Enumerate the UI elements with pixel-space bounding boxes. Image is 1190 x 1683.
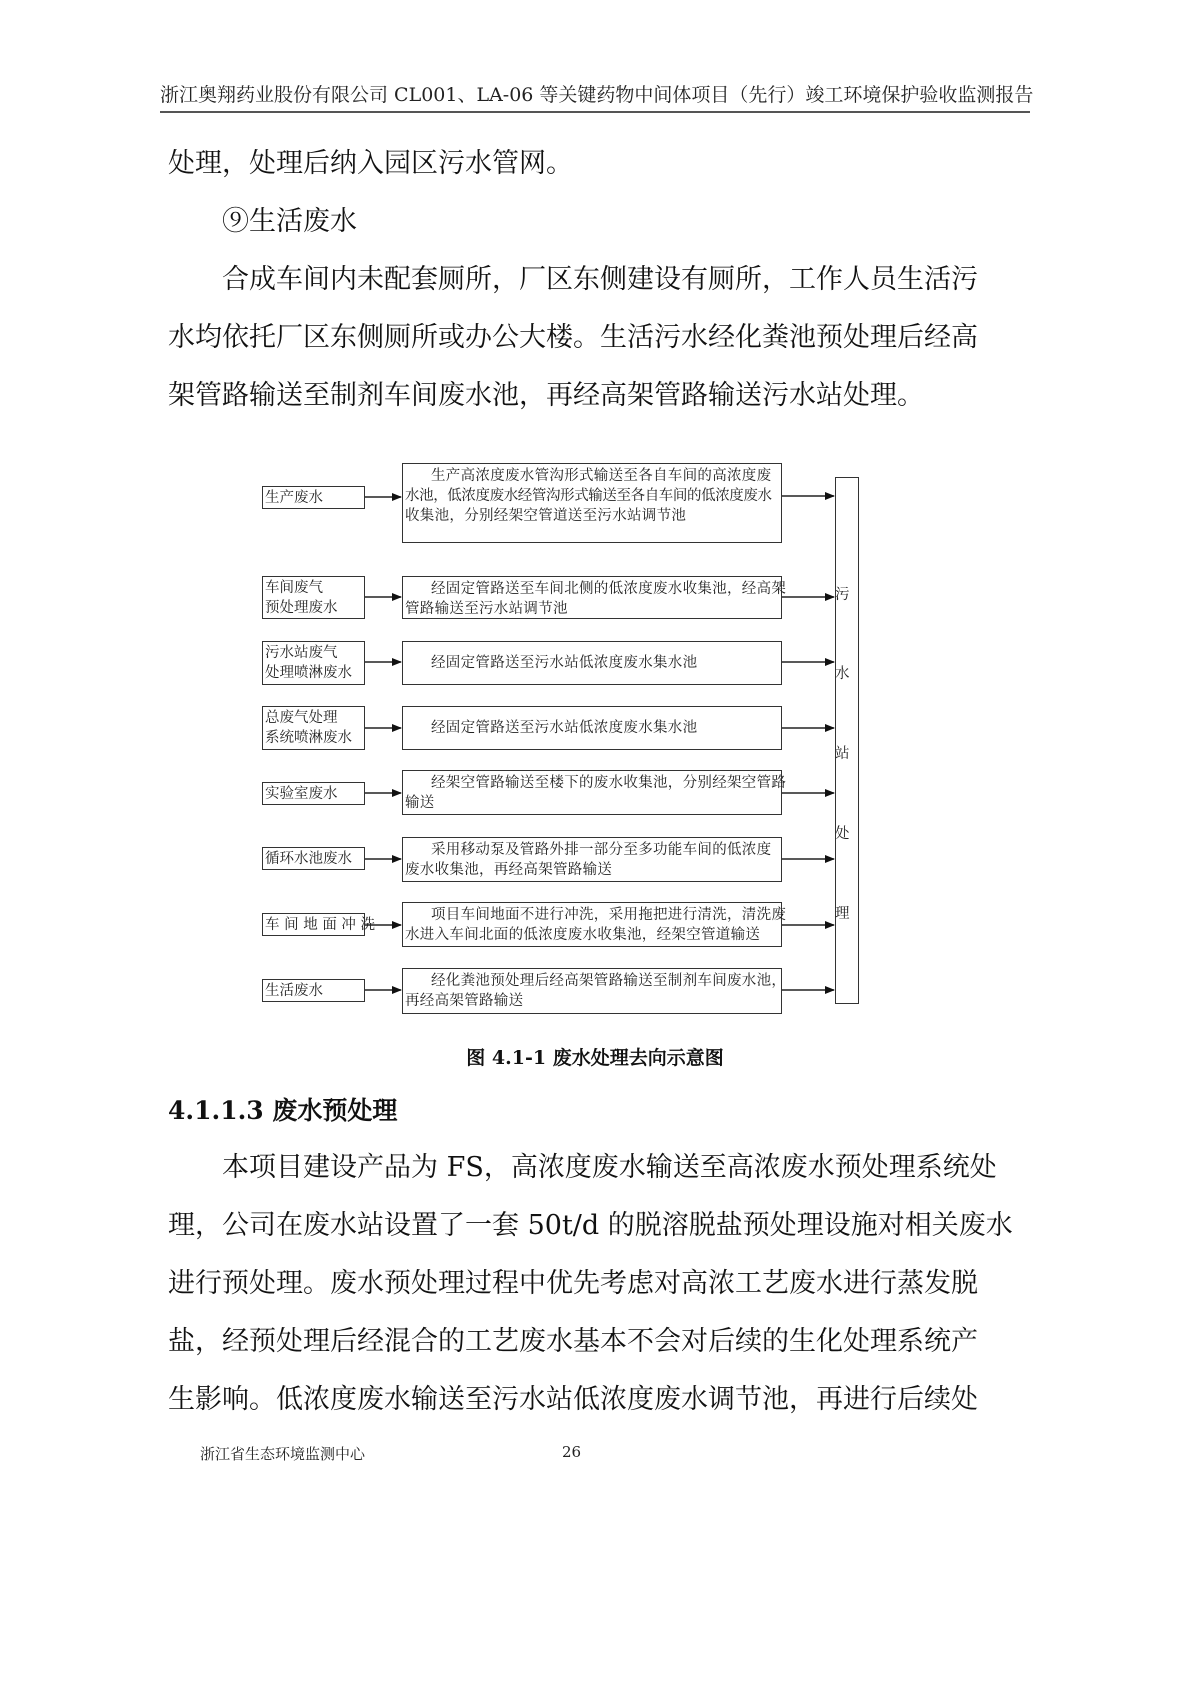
source-label: 污水站废气 bbox=[265, 643, 362, 663]
route-box-workshop-exhaust-pretreatment: 经固定管路送至车间北侧的低浓度废水收集池，经高架 管路输送至污水站调节池 bbox=[402, 576, 782, 619]
route-text-line: 废水收集池，再经高架管路输送 bbox=[405, 860, 779, 880]
body-text-line: 进行预处理。废水预处理过程中优先考虑对高浓工艺废水进行蒸发脱 bbox=[168, 1255, 1030, 1313]
route-text-line: 输送 bbox=[405, 793, 779, 813]
route-text-line: 经架空管路输送至楼下的废水收集池，分别经架空管路 bbox=[405, 773, 779, 793]
source-label: 处理喷淋废水 bbox=[265, 663, 362, 683]
destination-char: 污 bbox=[835, 583, 850, 604]
route-text-line: 经固定管路送至车间北侧的低浓度废水收集池，经高架 bbox=[405, 579, 779, 599]
body-text-line: 本项目建设产品为 FS，高浓度废水输送至高浓废水预处理系统处 bbox=[168, 1139, 1084, 1197]
route-box-domestic-wastewater: 经化粪池预处理后经高架管路输送至制剂车间废水池， 再经高架管路输送 bbox=[402, 968, 782, 1014]
route-text-line: 经化粪池预处理后经高架管路输送至制剂车间废水池， bbox=[405, 971, 779, 991]
destination-char: 水 bbox=[835, 662, 850, 683]
source-label: 生产废水 bbox=[265, 488, 362, 508]
route-text-line: 再经高架管路输送 bbox=[405, 991, 779, 1011]
route-text-line: 管路输送至污水站调节池 bbox=[405, 599, 779, 619]
source-box-circulating-pool-wastewater: 循环水池废水 bbox=[262, 847, 365, 870]
route-text-line: 项目车间地面不进行冲洗，采用拖把进行清洗，清洗废 bbox=[405, 905, 779, 925]
destination-char: 理 bbox=[835, 902, 850, 923]
page-number: 26 bbox=[562, 1443, 581, 1461]
body-text-line: 理，公司在废水站设置了一套 50t/d 的脱溶脱盐预处理设施对相关废水 bbox=[168, 1197, 1030, 1255]
route-box-circulating-pool-wastewater: 采用移动泵及管路外排一部分至多功能车间的低浓度 废水收集池，再经高架管路输送 bbox=[402, 837, 782, 882]
route-box-sewage-station-spray: 经固定管路送至污水站低浓度废水集水池 bbox=[402, 641, 782, 685]
source-label: 实验室废水 bbox=[265, 784, 362, 804]
route-box-laboratory-wastewater: 经架空管路输送至楼下的废水收集池，分别经架空管路 输送 bbox=[402, 770, 782, 815]
source-label: 系统喷淋废水 bbox=[265, 728, 362, 748]
source-label: 预处理废水 bbox=[265, 598, 362, 618]
route-text-line: 水进入车间北面的低浓度废水收集池，经架空管道输送 bbox=[405, 925, 779, 945]
destination-box-sewage-station bbox=[835, 477, 859, 1004]
source-box-laboratory-wastewater: 实验室废水 bbox=[262, 782, 365, 805]
route-box-main-exhaust-spray: 经固定管路送至污水站低浓度废水集水池 bbox=[402, 706, 782, 750]
footer-organization: 浙江省生态环境监测中心 bbox=[200, 1443, 365, 1464]
source-box-production-wastewater: 生产废水 bbox=[262, 486, 365, 509]
source-label: 车 间 地 面 冲 洗 bbox=[265, 915, 362, 935]
route-text-line: 水池，低浓度废水经管沟形式输送至各自车间的低浓度废水 bbox=[405, 486, 779, 506]
route-text-line: 收集池，分别经架空管道送至污水站调节池 bbox=[405, 506, 779, 526]
source-box-main-exhaust-spray: 总废气处理 系统喷淋废水 bbox=[262, 706, 365, 750]
route-text-line: 采用移动泵及管路外排一部分至多功能车间的低浓度 bbox=[405, 840, 779, 860]
body-text-line: 生影响。低浓度废水输送至污水站低浓度废水调节池，再进行后续处 bbox=[168, 1371, 1030, 1429]
destination-char: 处 bbox=[835, 822, 850, 843]
source-label: 总废气处理 bbox=[265, 708, 362, 728]
route-text-line: 生产高浓度废水管沟形式输送至各自车间的高浓度废 bbox=[405, 466, 779, 486]
section-heading: 4.1.1.3 废水预处理 bbox=[168, 1091, 397, 1127]
source-box-domestic-wastewater: 生活废水 bbox=[262, 979, 365, 1002]
destination-char: 站 bbox=[835, 742, 850, 763]
figure-caption: 图 4.1-1 废水处理去向示意图 bbox=[160, 1043, 1030, 1070]
route-text-line: 经固定管路送至污水站低浓度废水集水池 bbox=[405, 653, 697, 673]
source-box-sewage-station-spray: 污水站废气 处理喷淋废水 bbox=[262, 641, 365, 685]
source-box-workshop-exhaust-pretreatment: 车间废气 预处理废水 bbox=[262, 576, 365, 619]
route-box-floor-washing: 项目车间地面不进行冲洗，采用拖把进行清洗，清洗废 水进入车间北面的低浓度废水收集… bbox=[402, 902, 782, 947]
source-label: 生活废水 bbox=[265, 981, 362, 1001]
source-label: 循环水池废水 bbox=[265, 849, 362, 869]
body-text-line: 盐，经预处理后经混合的工艺废水基本不会对后续的生化处理系统产 bbox=[168, 1313, 1030, 1371]
source-label: 车间废气 bbox=[265, 578, 362, 598]
route-text-line: 经固定管路送至污水站低浓度废水集水池 bbox=[405, 718, 697, 738]
wastewater-flow-diagram: 生产废水 生产高浓度废水管沟形式输送至各自车间的高浓度废 水池，低浓度废水经管沟… bbox=[0, 0, 1190, 1683]
source-box-floor-washing: 车 间 地 面 冲 洗 bbox=[262, 913, 365, 936]
route-box-production-wastewater: 生产高浓度废水管沟形式输送至各自车间的高浓度废 水池，低浓度废水经管沟形式输送至… bbox=[402, 463, 782, 543]
